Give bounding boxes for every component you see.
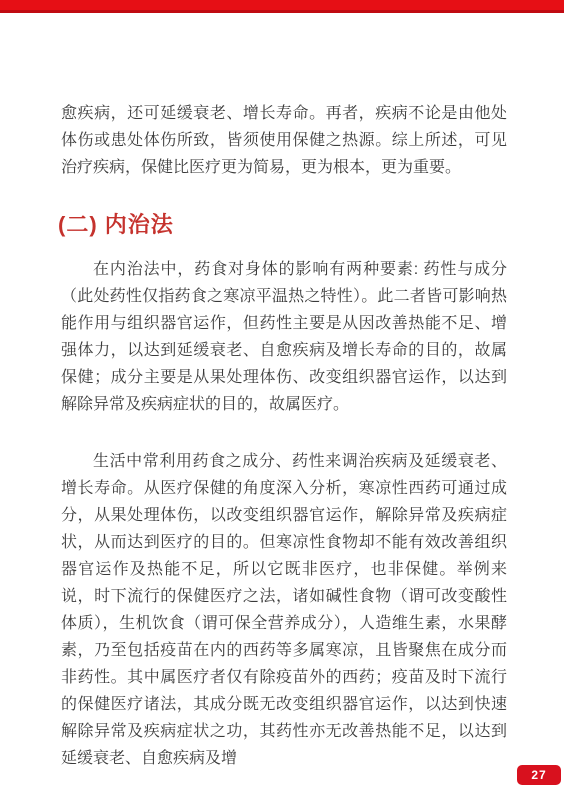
page-number: 27: [531, 768, 546, 782]
paragraph-internal-method-intro: 在内治法中，药食对身体的影响有两种要素: 药性与成分（此处药性仅指药食之寒凉平温…: [61, 256, 507, 418]
section-heading: (二) 内治法: [58, 208, 174, 239]
paragraph-daily-life-analysis: 生活中常利用药食之成分、药性来调治疾病及延缓衰老、增长寿命。从医疗保健的角度深入…: [61, 448, 507, 772]
page-number-badge: 27: [517, 765, 561, 785]
paragraph-continuation: 愈疾病，还可延缓衰老、增长寿命。再者，疾病不论是由他处体伤或患处体伤所致，皆须使…: [61, 100, 507, 181]
top-accent-bar: [0, 0, 564, 13]
document-page: 愈疾病，还可延缓衰老、增长寿命。再者，疾病不论是由他处体伤或患处体伤所致，皆须使…: [0, 0, 564, 800]
